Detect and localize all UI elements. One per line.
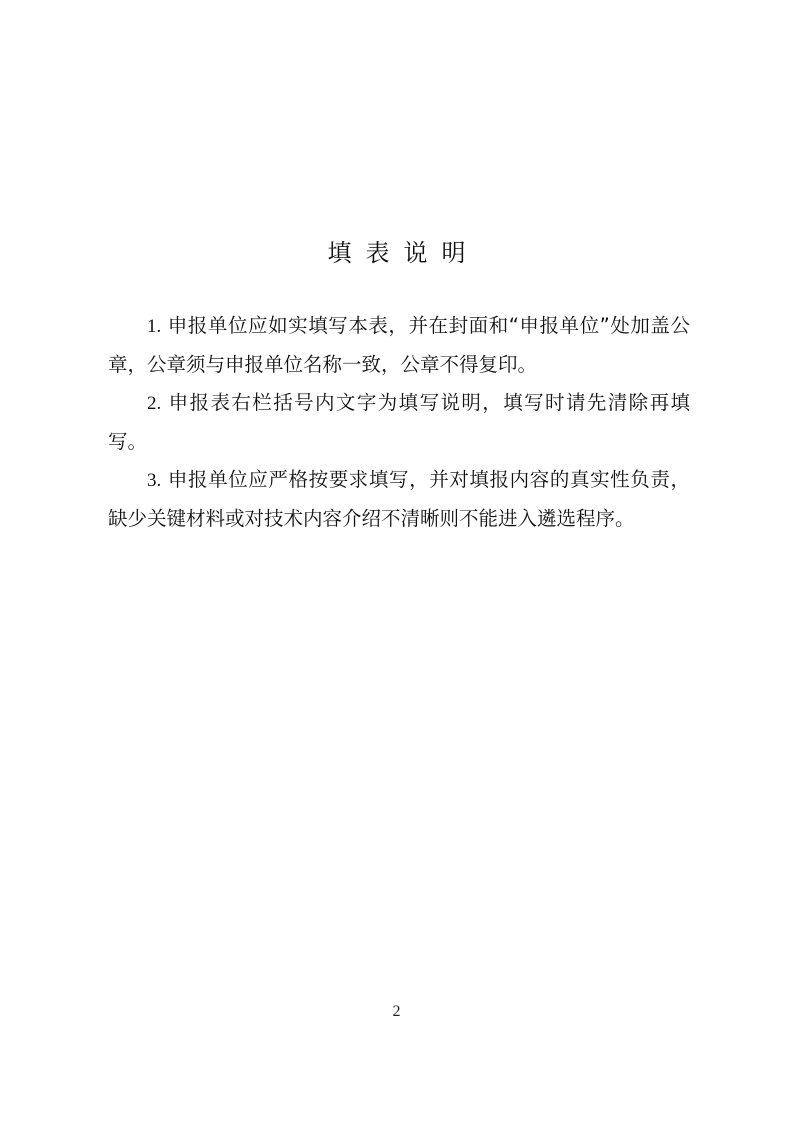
instruction-text: 申报单位应如实填写本表，并在封面和“申报单位”处加盖公章，公章须与申报单位名称一…	[108, 314, 690, 376]
instruction-text: 申报表右栏括号内文字为填写说明，填写时请先清除再填写。	[108, 391, 690, 453]
instruction-item-2: 2.申报表右栏括号内文字为填写说明，填写时请先清除再填写。	[108, 384, 690, 461]
page-number: 2	[0, 1002, 793, 1022]
instruction-number: 2.	[147, 393, 161, 414]
instructions-body: 1.申报单位应如实填写本表，并在封面和“申报单位”处加盖公章，公章须与申报单位名…	[108, 307, 690, 538]
document-page: 填表说明 1.申报单位应如实填写本表，并在封面和“申报单位”处加盖公章，公章须与…	[0, 0, 793, 1122]
instruction-item-3: 3.申报单位应严格按要求填写，并对填报内容的真实性负责，缺少关键材料或对技术内容…	[108, 461, 690, 538]
instruction-number: 3.	[147, 470, 161, 491]
instruction-item-1: 1.申报单位应如实填写本表，并在封面和“申报单位”处加盖公章，公章须与申报单位名…	[108, 307, 690, 384]
page-title: 填表说明	[0, 235, 793, 271]
instruction-text: 申报单位应严格按要求填写，并对填报内容的真实性负责，缺少关键材料或对技术内容介绍…	[108, 468, 690, 530]
instruction-number: 1.	[147, 316, 161, 337]
